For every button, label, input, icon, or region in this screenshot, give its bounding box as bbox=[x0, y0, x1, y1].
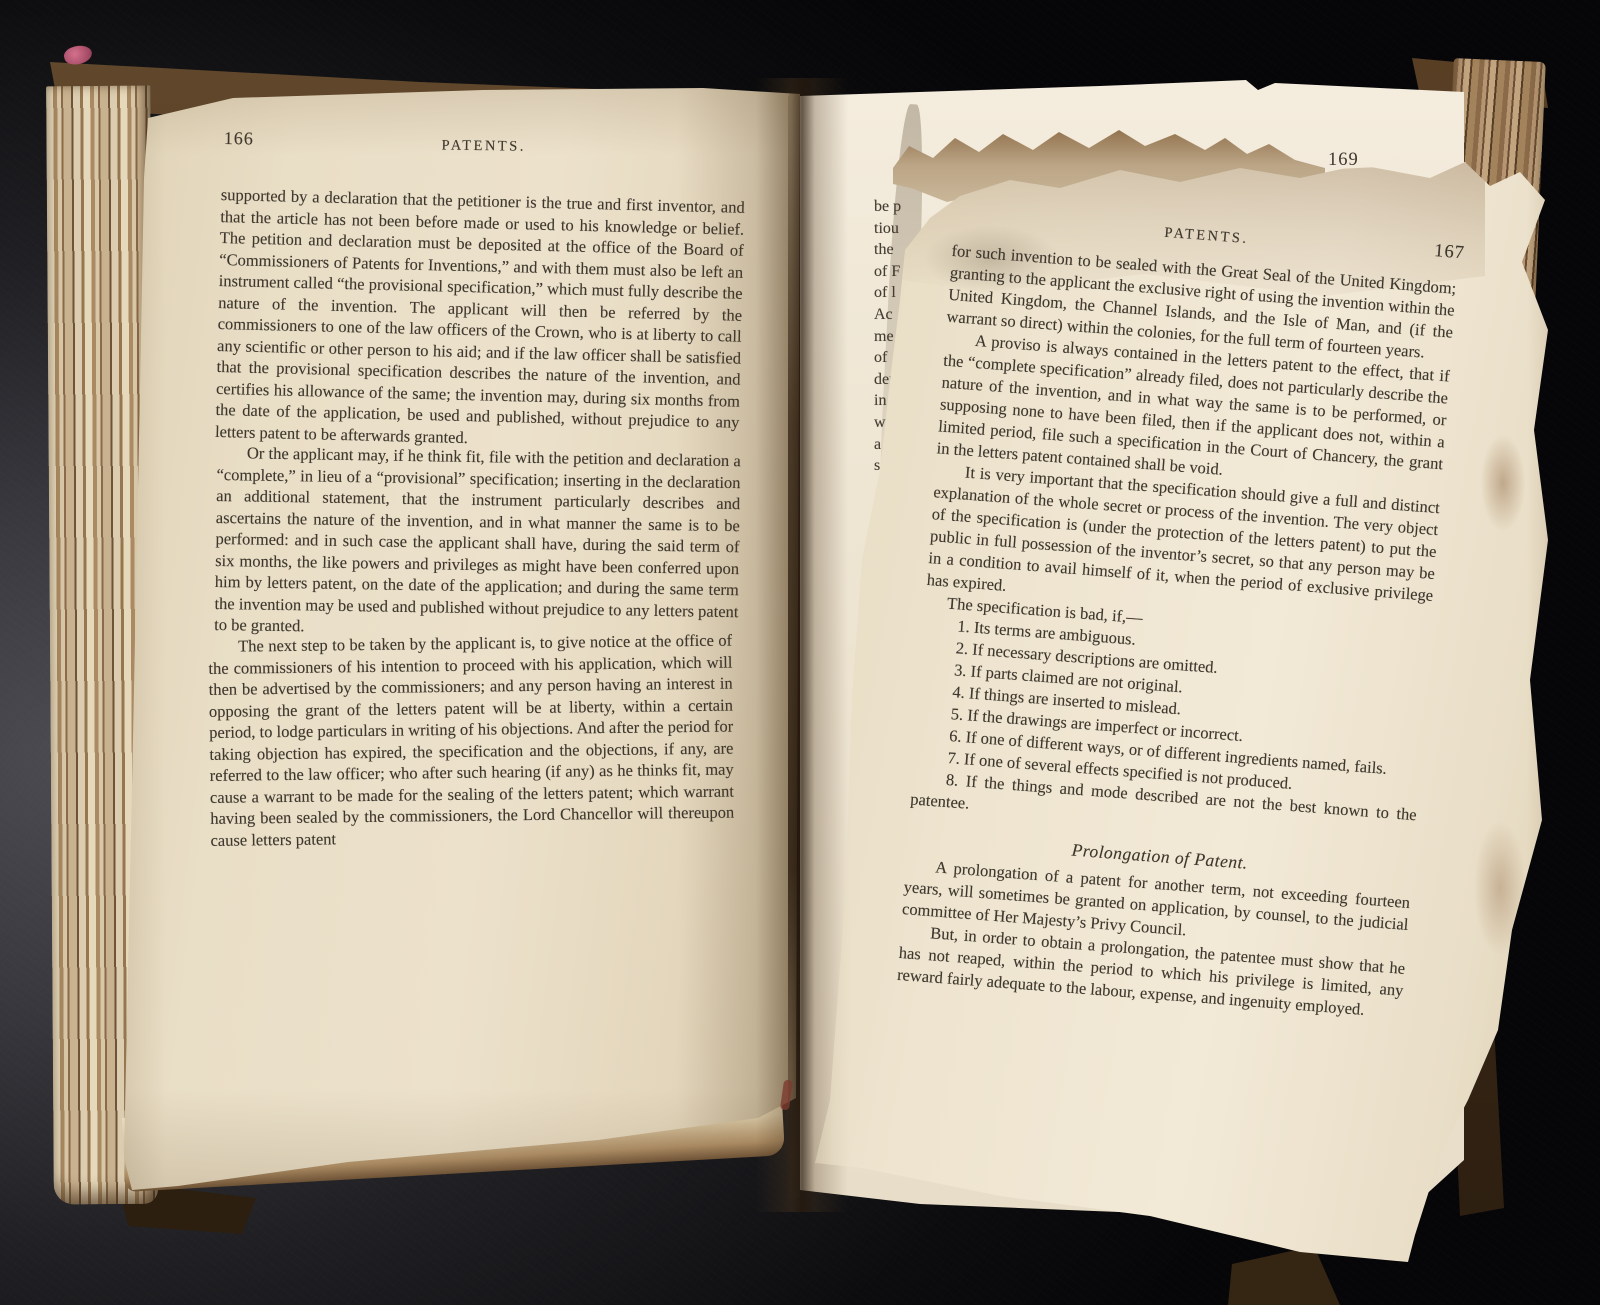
running-header: PATENTS. bbox=[222, 132, 746, 162]
book-photo-scene: NTS 169 be p tiou the of F of l Ac me of… bbox=[0, 0, 1600, 1305]
page-166-text-block: 166 PATENTS. supported by a declaration … bbox=[211, 128, 746, 859]
page-166: 166 PATENTS. supported by a declaration … bbox=[118, 88, 800, 1200]
book-gutter-shadow bbox=[756, 78, 848, 1212]
page-167: PATENTS. 167 for such invention to be se… bbox=[805, 118, 1565, 1283]
stain-blotch bbox=[1465, 798, 1535, 978]
paragraph: Or the applicant may, if he think fit, f… bbox=[214, 442, 741, 644]
page-166-header: 166 PATENTS. bbox=[222, 128, 746, 162]
stain-blotch bbox=[1473, 418, 1533, 548]
specification-defect-list: 1. Its terms are ambiguous. 2. If necess… bbox=[910, 613, 1429, 848]
page-number-166: 166 bbox=[224, 128, 254, 150]
paragraph: The next step to be taken by the applica… bbox=[208, 629, 735, 850]
right-edge-stain bbox=[1527, 178, 1565, 1198]
page-167-text-block: PATENTS. 167 for such invention to be se… bbox=[896, 206, 1459, 1024]
paragraph: supported by a declaration that the peti… bbox=[215, 184, 745, 455]
binding-stitch-line bbox=[788, 92, 800, 1200]
fragment-line: be p bbox=[874, 196, 934, 218]
page-number-167: 167 bbox=[1433, 240, 1465, 264]
